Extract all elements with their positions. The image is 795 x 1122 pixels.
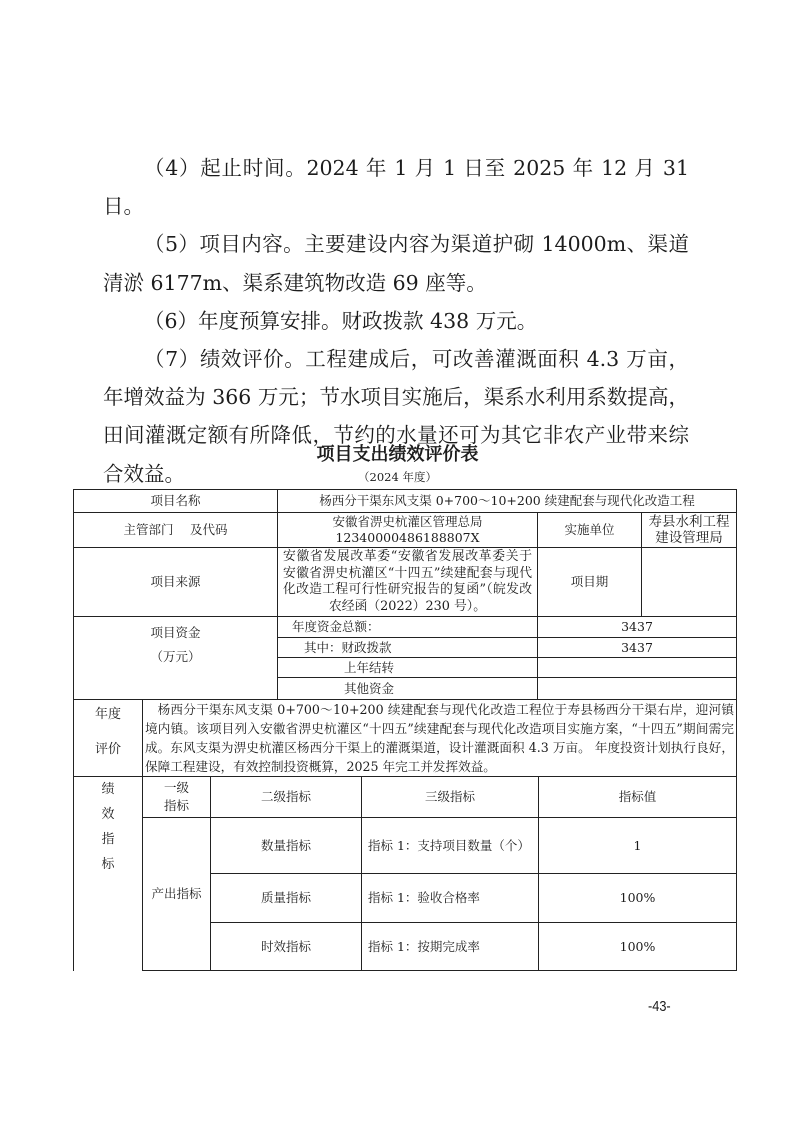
department-name: 安徽省淠史杭灌区管理总局 (332, 514, 482, 530)
funds-label-line-1: 项目资金 (150, 621, 200, 645)
project-name-value: 杨西分干渠东风支渠 0+700～10+200 续建配套与现代化改造工程 (277, 489, 737, 513)
indicators-char-3: 指 (101, 827, 114, 852)
funds-carryover-value (537, 657, 737, 678)
header-level1-line-2: 指标 (164, 797, 189, 815)
funds-total-label: 年度资金总额： (277, 616, 538, 638)
funds-other-label: 其他资金 (277, 677, 538, 700)
funds-label: 项目资金 （万元） (73, 616, 278, 700)
project-name-label: 项目名称 (73, 489, 278, 513)
header-level2: 二级指标 (210, 776, 362, 818)
department-code: 12340000486188807X (335, 530, 479, 546)
annual-evaluation-label-1: 年度 (95, 706, 121, 724)
row-3-level3: 指标 1：按期完成率 (361, 922, 539, 971)
indicators-char-1: 绩 (101, 777, 114, 802)
header-level1: 一级 指标 (142, 776, 211, 818)
level1-output-indicator: 产出指标 (142, 817, 211, 971)
source-label: 项目来源 (73, 547, 278, 617)
funds-total-value: 3437 (537, 616, 737, 638)
indicators-char-2: 效 (101, 802, 114, 827)
indicators-char-4: 标 (101, 852, 114, 877)
funds-label-line-2: （万元） (150, 645, 200, 669)
funds-carryover-label: 上年结转 (277, 657, 538, 678)
implementer-line-2: 建设管理局 (655, 530, 723, 546)
annual-evaluation-value: 杨西分干渠东风支渠 0+700～10+200 续建配套与现代化改造工程位于寿县杨… (142, 699, 737, 777)
period-label: 项目期 (537, 547, 642, 617)
source-value: 安徽省发展改革委“安徽省发展改革委关于安徽省淠史杭灌区“十四五”续建配套与现代化… (277, 547, 538, 617)
row-2-level2: 质量指标 (210, 873, 362, 923)
paragraph-content: （5）项目内容。主要建设内容为渠道护砌 14000m、渠道清淤 6177m、渠系… (103, 225, 689, 301)
row-2-value: 100% (538, 873, 737, 923)
row-3-level2: 时效指标 (210, 922, 362, 971)
row-1-level3: 指标 1：支持项目数量（个） (361, 817, 539, 874)
row-1-value: 1 (538, 817, 737, 874)
implementer-value: 寿县水利工程 建设管理局 (641, 512, 737, 548)
row-1-level2: 数量指标 (210, 817, 362, 874)
header-level3: 三级指标 (361, 776, 539, 818)
row-3-value: 100% (538, 922, 737, 971)
annual-evaluation-text: 杨西分干渠东风支渠 0+700～10+200 续建配套与现代化改造工程位于寿县杨… (145, 700, 734, 776)
funds-fiscal-label: 其中：财政拨款 (277, 637, 538, 658)
table-subtitle: （2024 年度） (0, 470, 795, 484)
header-value: 指标值 (538, 776, 737, 818)
department-label: 主管部门 及代码 (73, 512, 278, 548)
header-level1-line-1: 一级 (164, 779, 189, 797)
implementer-label: 实施单位 (537, 512, 642, 548)
paragraph-period: （4）起止时间。2024 年 1 月 1 日至 2025 年 12 月 31 日… (103, 149, 689, 225)
paragraph-budget: （6）年度预算安排。财政拨款 438 万元。 (103, 302, 689, 340)
page-number: -43- (648, 998, 671, 1016)
annual-evaluation-label-2: 评价 (95, 741, 121, 759)
indicators-section-label: 绩 效 指 标 (73, 776, 143, 971)
funds-fiscal-value: 3437 (537, 637, 737, 658)
body-text: （4）起止时间。2024 年 1 月 1 日至 2025 年 12 月 31 日… (103, 149, 689, 493)
row-2-level3: 指标 1：验收合格率 (361, 873, 539, 923)
source-text: 安徽省发展改革委“安徽省发展改革委关于安徽省淠史杭灌区“十四五”续建配套与现代化… (283, 549, 532, 615)
implementer-line-1: 寿县水利工程 (649, 514, 730, 530)
annual-evaluation-label: 年度 评价 (73, 699, 143, 777)
department-value: 安徽省淠史杭灌区管理总局 12340000486188807X (277, 512, 538, 548)
table-title: 项目支出绩效评价表 (0, 444, 795, 466)
period-value (641, 547, 737, 617)
funds-other-value (537, 677, 737, 700)
